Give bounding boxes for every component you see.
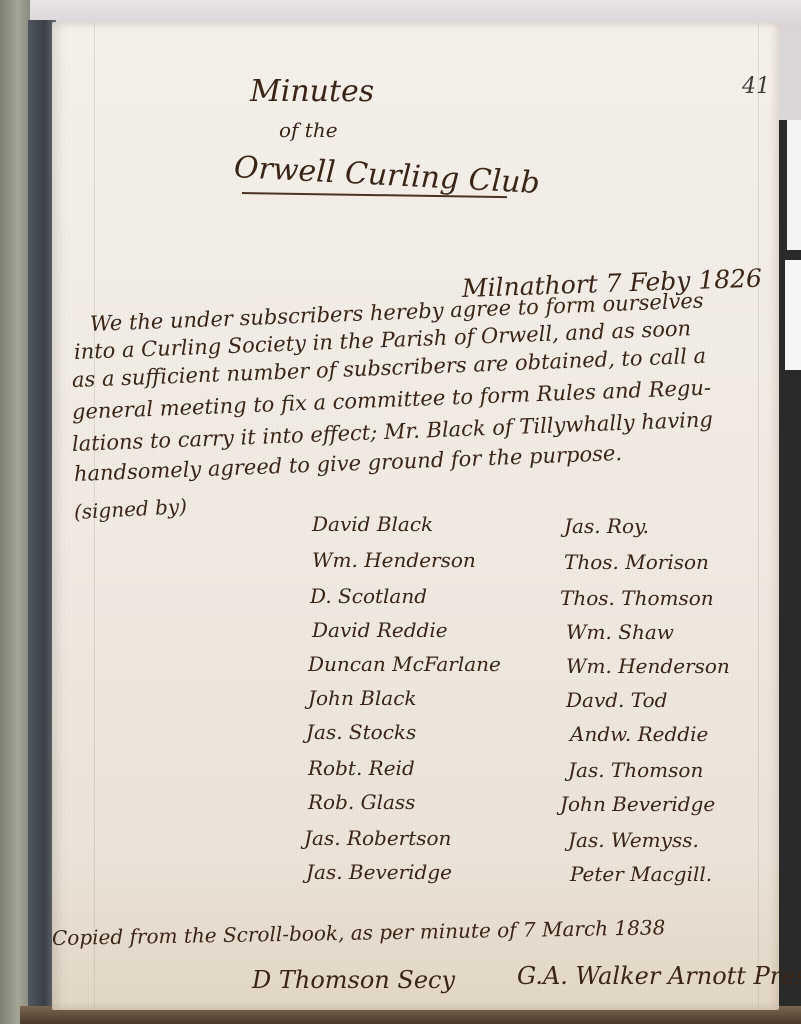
signatory: Davd. Tod	[566, 688, 667, 712]
signatory: Thos. Thomson	[560, 586, 714, 610]
signatory: Jas. Beveridge	[306, 860, 452, 884]
margin-rule-right	[758, 22, 759, 1010]
page-marker-tab	[787, 120, 801, 250]
signed-by-label: (signed by)	[73, 494, 187, 524]
footer-note: Copied from the Scroll-book, as per minu…	[52, 915, 666, 950]
signatory: Jas. Thomson	[568, 758, 703, 782]
title-of-the: of the	[279, 118, 338, 142]
book-edge-right	[779, 120, 801, 1024]
signatory: Duncan McFarlane	[308, 652, 501, 676]
signatory: Andw. Reddie	[570, 722, 708, 746]
president-signature: G.A. Walker Arnott Pres.	[517, 962, 801, 990]
signatory: D. Scotland	[310, 584, 427, 608]
signatory: Wm. Shaw	[566, 620, 674, 644]
signatory: Jas. Roy.	[564, 514, 649, 538]
signatory: David Black	[312, 512, 433, 536]
signatory: John Black	[308, 686, 417, 710]
signatory: Jas. Robertson	[304, 826, 451, 850]
signatory: Wm. Henderson	[312, 548, 476, 572]
signatory: Wm. Henderson	[566, 654, 730, 678]
signatory: Robt. Reid	[308, 756, 415, 780]
manuscript-page: 41 Minutes of the Orwell Curling Club Mi…	[52, 22, 779, 1010]
signatory: Jas. Wemyss.	[568, 828, 699, 852]
signatory: David Reddie	[312, 618, 448, 642]
signatory: Peter Macgill.	[570, 862, 712, 886]
signatory: John Beveridge	[560, 792, 715, 816]
signatory: Rob. Glass	[308, 790, 415, 814]
page-number: 41	[742, 74, 770, 99]
title-minutes: Minutes	[250, 74, 374, 109]
page-marker-tab	[785, 260, 801, 370]
signatory: Jas. Stocks	[306, 720, 416, 744]
signatory: Thos. Morison	[564, 550, 709, 574]
book-cover-left	[0, 0, 30, 1024]
secretary-signature: D Thomson Secy	[252, 966, 455, 994]
